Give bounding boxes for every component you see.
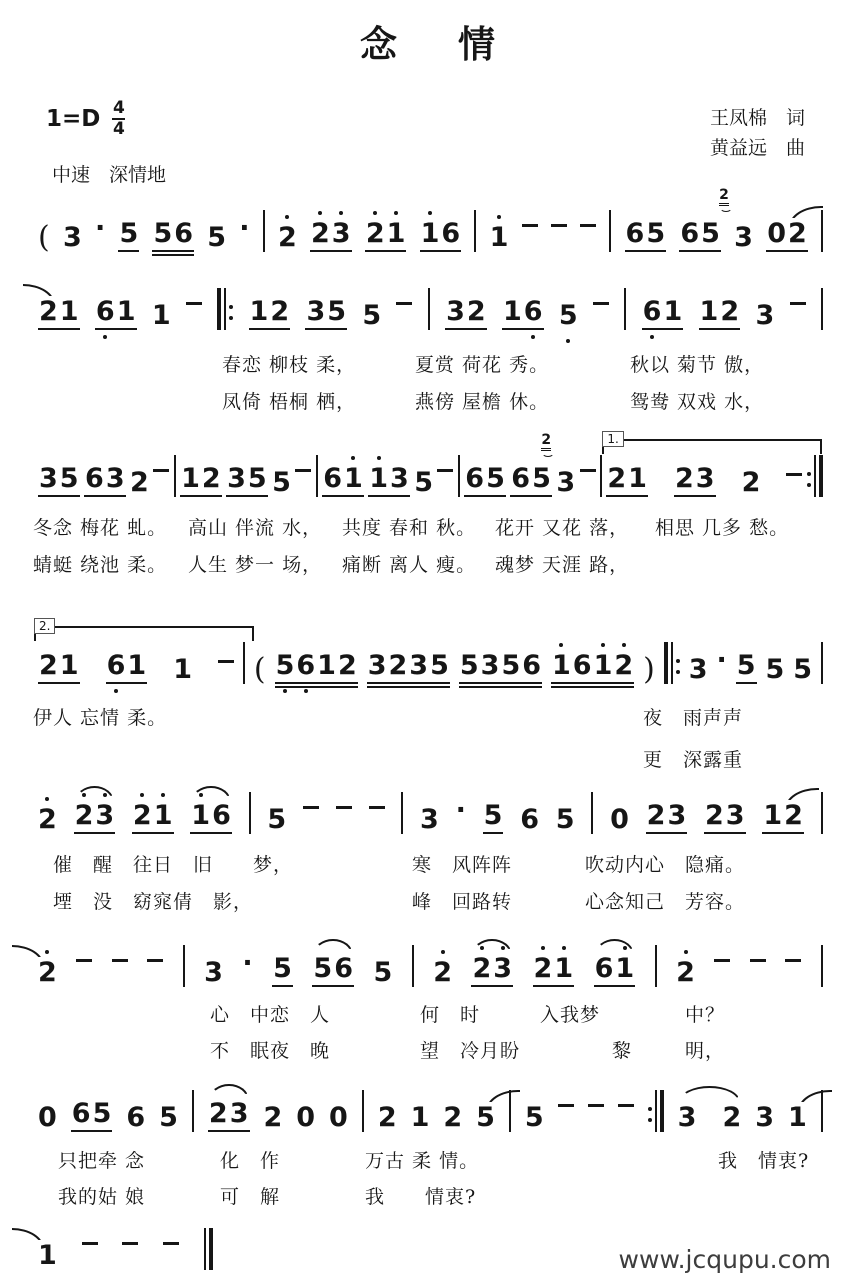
note: 3: [689, 656, 708, 684]
note-digit: 3: [306, 298, 325, 326]
barline-stroke: [316, 455, 318, 497]
note-digit: 5: [153, 220, 172, 248]
note: 5612: [275, 652, 358, 684]
lyric-segment: 共度 春和 秋。: [342, 513, 476, 540]
volta-group: 1.21232: [606, 463, 802, 497]
lyric-segment: 入我梦: [540, 1000, 600, 1027]
note-digit: 5: [793, 656, 812, 684]
lyric-row: 催 醒 往日 旧 梦，寒 风阵阵吹动内心 隐痛。: [0, 850, 867, 880]
lyric-segment: 可 解: [220, 1182, 280, 1209]
note-digit: 5: [532, 465, 551, 493]
lyric-segment: 心 中恋 人: [210, 1000, 330, 1027]
note-digit: 5: [362, 302, 381, 330]
note: 56: [152, 220, 194, 252]
note: 2: [378, 1104, 397, 1132]
note-digit: 6: [323, 465, 342, 493]
note-digit: 1: [38, 1242, 57, 1270]
note-digit: 1: [250, 298, 269, 326]
barline: [655, 945, 657, 987]
note: 5: [556, 806, 575, 834]
tie-in-arc: [12, 943, 46, 957]
dash-note: [593, 302, 609, 305]
note: 16: [420, 220, 462, 252]
barline-stroke: [224, 288, 226, 330]
note: 16: [502, 298, 544, 330]
dash-note: [580, 469, 596, 472]
lyric-segment: 心念知己 芳容。: [585, 887, 745, 914]
barline-stroke: [263, 210, 265, 252]
note-digit: 1: [152, 302, 171, 330]
note-digit: 6: [626, 220, 645, 248]
dash-note: [588, 1104, 604, 1107]
note-digit: 2: [784, 802, 803, 830]
note-digit: 2: [263, 1104, 282, 1132]
notation-line: 23·556522321612: [38, 945, 823, 987]
credits: 王凤棉 词 黄益远 曲: [710, 103, 805, 164]
barline: [362, 1090, 364, 1132]
dash-note: [147, 959, 163, 962]
note: 23: [471, 955, 513, 987]
parenthesis: (: [38, 223, 50, 253]
note-digit: 1: [191, 802, 210, 830]
note-digit: 2: [130, 469, 149, 497]
composer-credit: 黄益远 曲: [710, 133, 805, 163]
note-digit: 5: [119, 220, 138, 248]
tie-out-arc: [785, 786, 819, 800]
lyric-segment: 明，: [685, 1036, 725, 1063]
dash-note: [122, 1242, 138, 1245]
note-digit: 2: [472, 955, 491, 983]
note-digit: 2: [38, 959, 57, 987]
lyric-segment: 花开 又花 落，: [495, 513, 629, 540]
notation-line: 3563212355611356565321.21232: [38, 455, 823, 497]
barline: [183, 945, 185, 987]
note-digit: 3: [204, 959, 223, 987]
barline: [591, 792, 593, 834]
dash-note: [369, 806, 385, 809]
note-digit: 6: [85, 465, 104, 493]
note-digit: 1: [344, 465, 363, 493]
note: 6: [520, 806, 539, 834]
lyric-row: 堙 没 窈窕倩 影，峰 回路转心念知己 芳容。: [0, 887, 867, 917]
note-digit: 2: [788, 220, 807, 248]
note-digit: 2: [366, 220, 385, 248]
note-digit: 2: [270, 298, 289, 326]
note: 61: [642, 298, 684, 330]
note-digit: 3: [481, 652, 500, 680]
note: 12: [249, 298, 291, 330]
dash-note: [82, 1242, 98, 1245]
note-digit: 2: [39, 298, 58, 326]
tie-in-arc: [12, 1226, 46, 1240]
note-digit: 2: [75, 802, 94, 830]
dash-note: [396, 302, 412, 305]
lyric-segment: 高山 伴流 水，: [188, 513, 322, 540]
note-digit: 6: [107, 652, 126, 680]
note-digit: 1: [421, 220, 440, 248]
note-digit: 1: [117, 298, 136, 326]
lyric-segment: 夜 雨声声: [643, 703, 743, 730]
note-digit: 5: [476, 1104, 495, 1132]
dash-note: [303, 806, 319, 809]
note: 5: [559, 302, 578, 330]
note: 1: [38, 1242, 57, 1270]
barline-stroke: [821, 792, 823, 834]
note-digit: 3: [230, 1100, 249, 1128]
note-digit: 3: [420, 806, 439, 834]
notation-line: 21611123553216561123: [38, 288, 823, 330]
note-digit: 3: [755, 1104, 774, 1132]
lyric-segment: 不 眠夜 晚: [210, 1036, 330, 1063]
barline: [217, 288, 233, 330]
note: 6: [126, 1104, 145, 1132]
note-digit: 3: [667, 802, 686, 830]
lyric-segment: 蜻蜓 绕池 柔。: [33, 550, 167, 577]
note-digit: 1: [554, 955, 573, 983]
lyric-row: 只把牵 念化 作万古 柔 情。我 情衷?: [0, 1146, 867, 1176]
barline-stroke: [664, 642, 668, 684]
note: 61: [95, 298, 137, 330]
repeat-dot: [676, 659, 680, 663]
note: 1: [788, 1104, 807, 1132]
lyric-segment: 夏赏 荷花 秀。: [415, 350, 549, 377]
lyric-segment: 燕傍 屋檐 休。: [415, 387, 549, 414]
note-digit: 6: [595, 955, 614, 983]
note-digit: 2: [705, 802, 724, 830]
note-digit: 3: [390, 465, 409, 493]
note-digit: 1: [181, 465, 200, 493]
note: 63: [84, 465, 126, 497]
note-digit: 1: [60, 298, 79, 326]
note-digit: 2: [311, 220, 330, 248]
volta-label: 1.: [602, 431, 623, 447]
lyric-segment: 万古 柔 情。: [365, 1146, 479, 1173]
lyric-segment: 吹动内心 隐痛。: [585, 850, 745, 877]
note: 21: [365, 220, 407, 252]
barline: [821, 945, 823, 987]
lyric-segment: 望 冷月盼: [420, 1036, 520, 1063]
note: 2: [722, 1104, 741, 1132]
repeat-dot: [648, 1118, 652, 1122]
note-digit: 3: [409, 652, 428, 680]
note: 5: [207, 224, 226, 252]
note-digit: 6: [680, 220, 699, 248]
dash-note: [295, 469, 311, 472]
note: 16: [190, 802, 232, 834]
note-digit: 5: [60, 465, 79, 493]
note-digit: 1: [173, 656, 192, 684]
repeat-dots: [648, 1107, 652, 1122]
note-digit: 2: [675, 465, 694, 493]
note-digit: 5: [559, 302, 578, 330]
parenthesis: (: [254, 655, 266, 685]
volta-label: 2.: [34, 618, 55, 634]
dash-note: [714, 959, 730, 962]
note: 5: [525, 1104, 544, 1132]
note: 5: [373, 959, 392, 987]
augmentation-dot: ·: [242, 948, 252, 979]
note-digit: 6: [524, 298, 543, 326]
note-digit: 1: [503, 298, 522, 326]
note: 5: [765, 656, 784, 684]
note-digit: 5: [486, 465, 505, 493]
repeat-dot: [229, 316, 233, 320]
note: 5: [267, 806, 286, 834]
barline: [243, 642, 245, 684]
barline: [821, 642, 823, 684]
barline-stroke: [192, 1090, 194, 1132]
note: 2: [742, 469, 761, 497]
dash-note: [186, 302, 202, 305]
repeat-dots: [807, 472, 811, 487]
note: 2: [38, 806, 57, 834]
repeat-dot: [807, 472, 811, 476]
note: 65: [510, 465, 552, 497]
note-digit: 1: [788, 1104, 807, 1132]
note: 5: [118, 220, 139, 252]
repeat-dots: [229, 305, 233, 320]
volta-group: 2.21611: [38, 650, 234, 684]
note-digit: 1: [154, 802, 173, 830]
note: 23: [674, 465, 716, 497]
note-digit: 6: [126, 1104, 145, 1132]
note: 5: [476, 1104, 495, 1132]
note-digit: 5: [276, 652, 295, 680]
barline-stroke: [819, 455, 823, 497]
note-digit: 2: [38, 806, 57, 834]
note: 21: [606, 465, 648, 497]
note: 2: [676, 959, 695, 987]
lyric-row: 春恋 柳枝 柔，夏赏 荷花 秀。秋以 菊节 傲，: [0, 350, 867, 380]
note-digit: 3: [493, 955, 512, 983]
note-digit: 6: [72, 1100, 91, 1128]
note: 5: [362, 302, 381, 330]
note: 32: [445, 298, 487, 330]
repeat-dot: [807, 483, 811, 487]
slur-group: 32: [678, 1104, 742, 1132]
note-digit: 2: [647, 802, 666, 830]
note-digit: 2: [614, 652, 633, 680]
lyric-row: 伊人 忘情 柔。夜 雨声声: [0, 703, 867, 733]
note: 35: [305, 298, 347, 330]
repeat-dot: [229, 305, 233, 309]
barline-stroke: [412, 945, 414, 987]
lyric-segment: 我 情衷?: [365, 1182, 476, 1209]
note-digit: 2: [443, 1104, 462, 1132]
note-digit: 3: [368, 652, 387, 680]
note: 65: [71, 1100, 113, 1132]
note-digit: 6: [522, 652, 541, 680]
note: 3: [63, 224, 82, 252]
tie-in-arc: [23, 282, 57, 296]
lyric-segment: 冬念 梅花 虬。: [33, 513, 167, 540]
note-digit: 5: [327, 298, 346, 326]
lyric-segment: 堙 没 窈窕倩 影，: [53, 887, 253, 914]
note: 0: [610, 806, 629, 834]
note-digit: 1: [615, 955, 634, 983]
note-digit: 5: [737, 652, 756, 680]
note: 35: [38, 465, 80, 497]
lyric-segment: 峰 回路转: [412, 887, 512, 914]
note: 61: [322, 465, 364, 497]
note: 2: [263, 1104, 282, 1132]
note-digit: 3: [689, 656, 708, 684]
time-signature-lower: 4: [113, 121, 125, 138]
note-digit: 5: [501, 652, 520, 680]
note-digit: 3: [734, 224, 753, 252]
repeat-dot: [648, 1107, 652, 1111]
note-digit: 2: [742, 469, 761, 497]
tie-out-arc: [486, 1088, 520, 1102]
barline-stroke: [609, 210, 611, 252]
barline-stroke: [243, 642, 245, 684]
dash-note: [76, 959, 92, 962]
parenthesis: ): [643, 655, 655, 685]
note-digit: 5: [313, 955, 332, 983]
lyric-row: 冬念 梅花 虬。高山 伴流 水，共度 春和 秋。花开 又花 落，相思 几多 愁。: [0, 513, 867, 543]
repeat-dot: [676, 670, 680, 674]
note: 12: [180, 465, 222, 497]
note-digit: 5: [93, 1100, 112, 1128]
dash-note: [163, 1242, 179, 1245]
lyric-segment: 秋以 菊节 傲，: [630, 350, 764, 377]
note-digit: 3: [446, 298, 465, 326]
note: 3: [204, 959, 223, 987]
note-digit: 1: [663, 298, 682, 326]
note-digit: 3: [63, 224, 82, 252]
note: 0: [329, 1104, 348, 1132]
note: 12: [762, 802, 804, 834]
barline-stroke: [204, 1228, 206, 1270]
note: 3: [678, 1104, 697, 1132]
lyric-segment: 魂梦 天涯 路，: [495, 550, 629, 577]
barline-stroke: [821, 642, 823, 684]
lyric-segment: 春恋 柳枝 柔，: [222, 350, 356, 377]
note: 56: [312, 955, 354, 987]
lyric-segment: 人生 梦一 场，: [188, 550, 322, 577]
note: 0: [38, 1104, 57, 1132]
note-digit: 2: [720, 298, 739, 326]
note-digit: 1: [127, 652, 146, 680]
note-digit: 3: [755, 302, 774, 330]
note-digit: 1: [628, 465, 647, 493]
lyric-segment: 中？: [685, 1000, 725, 1027]
note: 5: [736, 652, 757, 684]
barline: [807, 455, 823, 497]
barline: [263, 210, 265, 252]
note-digit: 1: [700, 298, 719, 326]
note-digit: 6: [296, 652, 315, 680]
note-digit: 5: [430, 652, 449, 680]
barline-stroke: [821, 945, 823, 987]
note-digit: 3: [678, 1104, 697, 1132]
note-digit: 1: [387, 220, 406, 248]
note: 65: [625, 220, 667, 252]
lyricist-credit: 王凤棉 词: [710, 103, 805, 133]
lyric-segment: 鸳鸯 双戏 水，: [630, 387, 764, 414]
barline-stroke: [660, 1090, 664, 1132]
note: 65: [679, 220, 721, 252]
note-digit: 1: [317, 652, 336, 680]
tie-out-arc: [798, 1088, 832, 1102]
barline-stroke: [217, 288, 221, 330]
lyric-segment: 催 醒 往日 旧 梦，: [53, 850, 293, 877]
note-digit: 2: [378, 1104, 397, 1132]
barline: [401, 792, 403, 834]
dash-note: [750, 959, 766, 962]
barline: [648, 1090, 664, 1132]
notation-line: 2.21611(5612323553561612)3·555: [38, 642, 823, 684]
lyric-row: 更 深露重: [0, 745, 867, 775]
barline: [316, 455, 318, 497]
barline: [192, 1090, 194, 1132]
note-digit: 2: [202, 465, 221, 493]
note-digit: 3: [106, 465, 125, 493]
lyric-segment: 凤倚 梧桐 栖，: [222, 387, 356, 414]
dash-note: [785, 959, 801, 962]
volta-bracket: [34, 626, 254, 641]
dash-note: [551, 224, 567, 227]
barline-stroke: [458, 455, 460, 497]
note: 2: [443, 1104, 462, 1132]
lyric-row: 凤倚 梧桐 栖，燕傍 屋檐 休。鸳鸯 双戏 水，: [0, 387, 867, 417]
note: 5: [793, 656, 812, 684]
note: 65: [464, 465, 506, 497]
lyric-segment: 何 时: [420, 1000, 480, 1027]
note: 5: [414, 469, 433, 497]
barline-stroke: [814, 455, 816, 497]
note-digit: 6: [465, 465, 484, 493]
barline-stroke: [671, 642, 673, 684]
note-digit: 2: [467, 298, 486, 326]
note-digit: 3: [556, 469, 575, 497]
note-digit: 2: [338, 652, 357, 680]
dash-note: [580, 224, 596, 227]
note-digit: 5: [414, 469, 433, 497]
tempo-marking: 中速 深情地: [52, 160, 166, 187]
note: 02: [766, 220, 808, 252]
augmentation-dot: ·: [717, 645, 727, 676]
lyric-segment: 相思 几多 愁。: [655, 513, 789, 540]
note: 2: [433, 959, 452, 987]
note-digit: 6: [174, 220, 193, 248]
note-digit: 5: [272, 469, 291, 497]
barline: [428, 288, 430, 330]
augmentation-dot: ·: [239, 213, 249, 244]
lyric-segment: 我 情衷?: [718, 1146, 809, 1173]
barline: [624, 288, 626, 330]
note-digit: 3: [726, 802, 745, 830]
note-digit: 5: [207, 224, 226, 252]
barline: [664, 642, 680, 684]
barline-stroke: [362, 1090, 364, 1132]
note-digit: 6: [441, 220, 460, 248]
note-digit: 2: [676, 959, 695, 987]
barline: [609, 210, 611, 252]
barline-stroke: [600, 455, 602, 497]
note: 12: [699, 298, 741, 330]
lyric-row: 不 眠夜 晚望 冷月盼黎明，: [0, 1036, 867, 1066]
note-digit: 1: [411, 1104, 430, 1132]
barline: [821, 288, 823, 330]
barline: [412, 945, 414, 987]
augmentation-dot: ·: [456, 795, 466, 826]
key-label: 1=D: [46, 106, 100, 132]
note-digit: 2: [278, 224, 297, 252]
dash-note: [437, 469, 453, 472]
note: 5: [272, 955, 293, 987]
watermark-url: www.jcqupu.com: [619, 1245, 831, 1274]
